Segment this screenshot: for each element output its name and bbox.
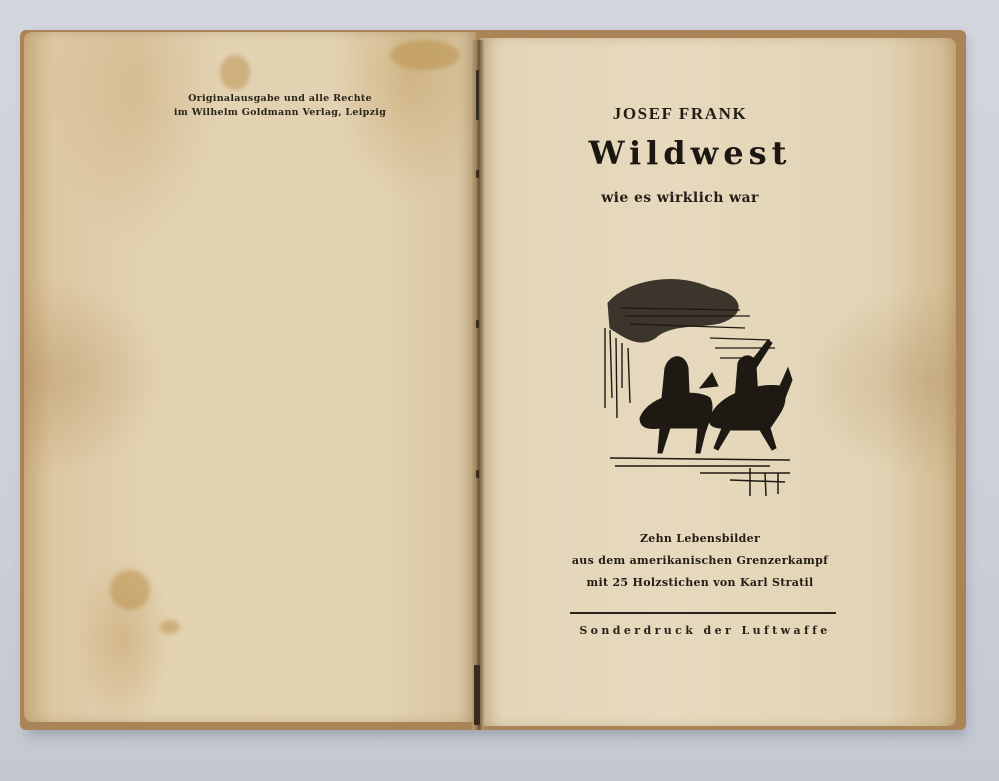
binding-tear [474,665,480,725]
foxing-stain [110,570,150,610]
foxing-stain [160,620,180,634]
left-page [24,32,476,722]
book-gutter [472,40,484,730]
divider-rule [570,612,836,614]
edition-note: Sonderdruck der Luftwaffe [560,624,850,637]
description-line: aus dem amerikanischen Grenzerkampf [560,550,840,572]
binding-stitch [476,470,479,478]
binding-stitch [476,320,479,328]
book-subtitle: wie es wirklich war [560,190,800,206]
author-name: JOSEF FRANK [560,104,800,124]
imprint-text: Originalausgabe und alle Rechte im Wilhe… [160,92,400,120]
imprint-line: im Wilhelm Goldmann Verlag, Leipzig [160,106,400,120]
woodcut-horsemen-icon [600,268,800,498]
foxing-stain [390,40,460,70]
description-line: Zehn Lebensbilder [560,528,840,550]
description-line: mit 25 Holzstichen von Karl Stratil [560,572,840,594]
binding-stitch [476,70,479,120]
book-title: Wildwest [560,134,820,172]
description-block: Zehn Lebensbilder aus dem amerikanischen… [560,528,840,594]
imprint-line: Originalausgabe und alle Rechte [160,92,400,106]
binding-stitch [476,170,479,178]
foxing-stain [220,55,250,90]
